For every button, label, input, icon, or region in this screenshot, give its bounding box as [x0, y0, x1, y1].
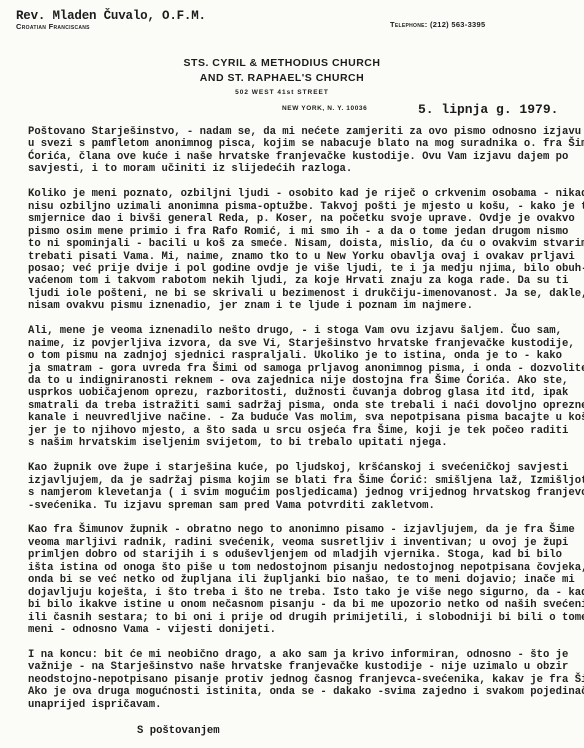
paragraph: Poštovano Starješinstvo, - nadam se, da … — [28, 126, 584, 176]
text-line: izjavljujem, da je sadržaj pisma kojim s… — [28, 475, 584, 487]
text-line: ljudi iole pošteni, ne bi se skrivali u … — [28, 288, 584, 300]
text-line: to ni spominjali - bacili u koš za smeće… — [28, 238, 584, 250]
closing-salutation: S poštovanjem — [137, 725, 220, 737]
sender-organization: Croatian Franciscans — [16, 22, 90, 31]
text-line: unaprijed ispričavam. — [28, 699, 584, 711]
text-line: nisu ozbiljno uzimali anonimna pisma-opt… — [28, 201, 584, 213]
text-line: važnije - na Starješinstvo naše hrvatske… — [28, 661, 584, 673]
text-line: nisam ovakvu pismu iznenadio, jer znam i… — [28, 300, 584, 312]
text-line: trebati pisati Vama. Mi, naime, znamo tk… — [28, 251, 584, 263]
text-line: dojavljuju koješta, i što treba i što ne… — [28, 587, 584, 599]
text-line: -svećenika. Tu izjavu spreman sam pred V… — [28, 500, 584, 512]
text-line: u svezi s pamfletom anonimnog pisca, koj… — [28, 138, 584, 150]
paragraph: Koliko je meni poznato, ozbiljni ljudi -… — [28, 188, 584, 313]
sender-name: Rev. Mladen Čuvalo, O.F.M. — [16, 9, 206, 23]
text-line: smatrali da treba istražiti sami sadržaj… — [28, 400, 584, 412]
text-line: Ćorića, člana ove kuće i naše hrvatske f… — [28, 151, 584, 163]
text-line: Ali, mene je veoma iznenadilo nešto drug… — [28, 325, 584, 337]
church-name-line-1: STS. CYRIL & METHODIUS CHURCH — [0, 57, 574, 69]
letter-body: Poštovano Starješinstvo, - nadam se, da … — [28, 126, 584, 724]
telephone-number: Telephone: (212) 563-3395 — [390, 20, 485, 29]
text-line: veoma marljivi radnik, radini svećenik, … — [28, 537, 584, 549]
text-line: posao; već prije dvije i pol godine ovdj… — [28, 263, 584, 275]
text-line: jer je to njihovo mjesto, a što sada u s… — [28, 425, 584, 437]
church-name-line-2: AND ST. RAPHAEL'S CHURCH — [0, 72, 574, 84]
text-line: neodstojno-nepotpisano pisanje protiv je… — [28, 674, 584, 686]
text-line: s našim hrvatskim iseljenim svijetom, to… — [28, 437, 584, 449]
paragraph: I na koncu: bit će mi neobično drago, a … — [28, 649, 584, 711]
text-line: o tom pismu na zadnjoj sjednici raspralj… — [28, 350, 584, 362]
text-line: primljen dobro od starijih i s oduševlje… — [28, 549, 584, 561]
text-line: vaćenom tom i takvom rabotom nekih ljudi… — [28, 275, 584, 287]
text-line: Koliko je meni poznato, ozbiljni ljudi -… — [28, 188, 584, 200]
text-line: I na koncu: bit će mi neobično drago, a … — [28, 649, 584, 661]
text-line: usprkos uobičajenom oprezu, razboritosti… — [28, 387, 584, 399]
letter-date: 5. lipnja g. 1979. — [418, 102, 558, 117]
text-line: s namjerom klevetanja ( i svim mogućim p… — [28, 487, 584, 499]
text-line: Poštovano Starješinstvo, - nadam se, da … — [28, 126, 584, 138]
address-street: 502 WEST 41st STREET — [0, 89, 574, 96]
text-line: pismo osim mene primio i fra Rafo Romić,… — [28, 226, 584, 238]
text-line: Ako je ova druga mogućnosti istinita, on… — [28, 686, 584, 698]
text-line: smjernice dao i bivši general Reda, p. K… — [28, 213, 584, 225]
text-line: Kao fra Šimunov župnik - obratno nego to… — [28, 524, 584, 536]
text-line: naime, iz povjerljiva izvora, da sve Vi,… — [28, 338, 584, 350]
text-line: ja smatram - gora uvreda fra Šimi od sam… — [28, 363, 584, 375]
paragraph: Kao župnik ove župe i starješina kuće, p… — [28, 462, 584, 512]
text-line: išta istina od onoga što piše u tom nedo… — [28, 562, 584, 574]
text-line: kanale i neuvredljive načine. - Za buduć… — [28, 412, 584, 424]
text-line: savjesti, i to moram učiniti iz slijedeć… — [28, 163, 584, 175]
text-line: bi bilo ikakve istine u onom nečasnom pi… — [28, 599, 584, 611]
paragraph: Kao fra Šimunov župnik - obratno nego to… — [28, 524, 584, 636]
text-line: onda bi se već netko od župljana ili žup… — [28, 574, 584, 586]
address-city: NEW YORK, N. Y. 10036 — [282, 105, 367, 112]
text-line: ili časnih sestara; to bi oni i prije od… — [28, 612, 584, 624]
text-line: da to u indigniranosti reknem - ova zaje… — [28, 375, 584, 387]
text-line: Kao župnik ove župe i starješina kuće, p… — [28, 462, 584, 474]
text-line: meni - odnosno Vama - vijesti donijeti. — [28, 624, 584, 636]
paragraph: Ali, mene je veoma iznenadilo nešto drug… — [28, 325, 584, 450]
